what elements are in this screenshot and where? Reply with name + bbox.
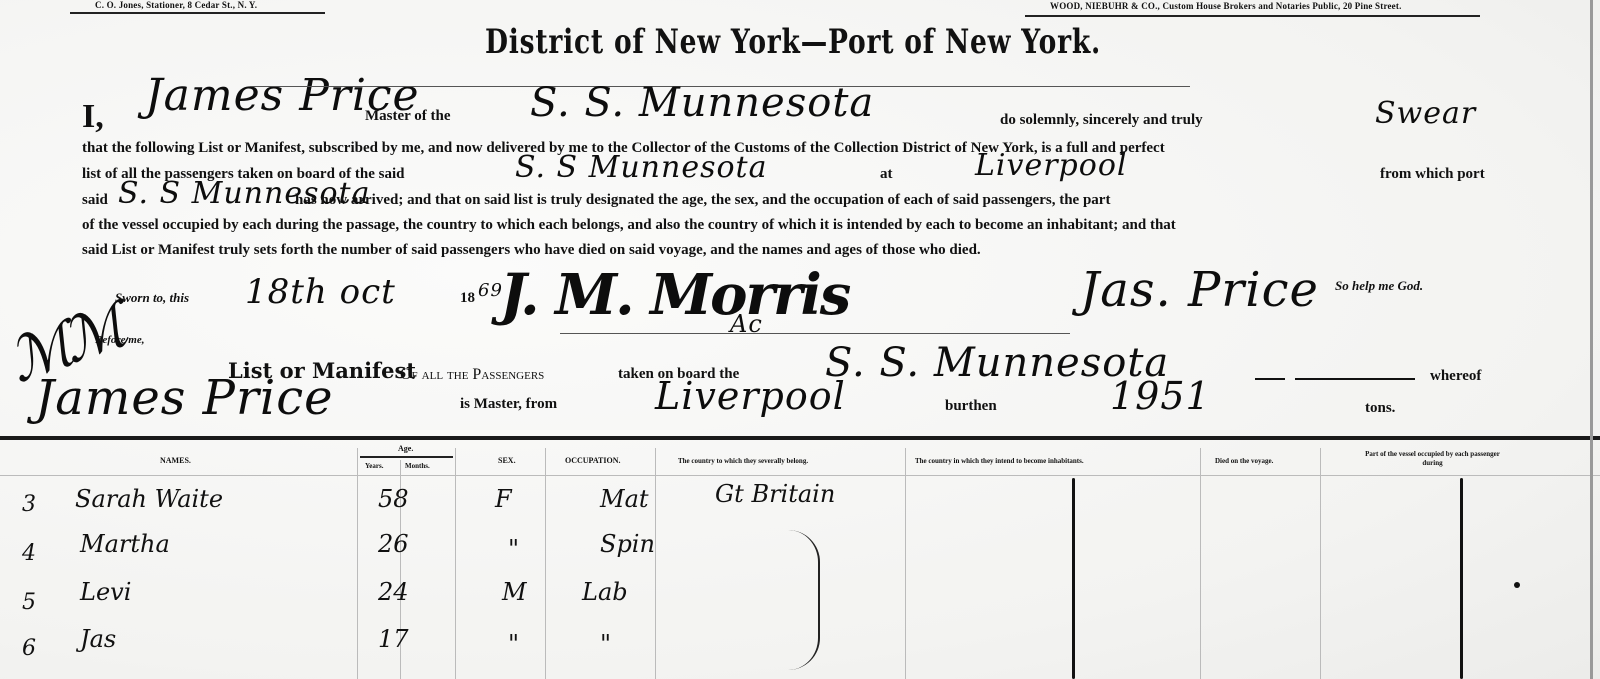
oath-line-4b: has now arrived; and that on said list i… [295,192,1110,209]
oath-line-6: said List or Manifest truly sets forth t… [82,242,981,259]
col-divider [455,448,456,679]
passenger-name: Levi [80,578,131,606]
left-imprint-rule [70,12,325,14]
col-divider [905,448,906,679]
page-edge [1590,0,1593,679]
from-which-port-label: from which port [1380,166,1485,183]
col-age: Age. [398,444,413,453]
passenger-occupation: Mat [600,485,649,513]
col-divider [545,448,546,679]
passenger-age: 24 [378,578,409,606]
of-all-passengers: Of all the Passengers [400,366,544,384]
col-names: NAMES. [160,456,191,465]
oath-line-4a: said [82,192,108,209]
is-master-from-label: is Master, from [460,396,557,413]
burthen-label: burthen [945,398,997,415]
table-top-rule [0,436,1600,440]
at-label: at [880,166,893,183]
passenger-age: 17 [378,625,409,653]
passenger-sex: M [502,578,527,606]
row-number: 4 [22,541,36,566]
col-sex: SEX. [498,456,516,465]
oath-line-5: of the vessel occupied by each during th… [82,217,1176,234]
row-number: 3 [22,492,36,517]
ink-stroke [1460,478,1463,679]
passenger-occupation: Spin [600,530,655,558]
header-bottom-rule [0,475,1600,476]
col-country-intend: The country in which they intend to beco… [915,457,1084,465]
manifest-master-handwritten: James Price [35,370,334,426]
left-imprint: C. O. Jones, Stationer, 8 Cedar St., N. … [95,0,257,10]
col-part-vessel: Part of the vessel occupied by each pass… [1365,450,1500,468]
ink-dot [1514,582,1520,588]
do-solemnly-label: do solemnly, sincerely and truly [1000,112,1203,129]
year-prefix: 18 [460,290,475,307]
col-divider [1320,448,1321,679]
col-divider [655,448,656,679]
whereof-label: whereof [1430,368,1481,385]
so-help-me-god: So help me God. [1335,278,1423,294]
passenger-name: Martha [80,530,170,558]
col-years: Years. [365,462,383,470]
passenger-occupation: " [600,630,611,658]
passenger-sex: " [508,535,519,563]
col-occupation: OCCUPATION. [565,456,620,465]
right-imprint-rule [1025,15,1480,17]
ship-name-handwritten-2: S. S Munnesota [515,150,767,185]
master-signature: Jas. Price [1080,262,1319,318]
clerk-signature: J. M. Morris [500,262,849,328]
dash-2 [1295,378,1415,380]
sworn-date-handwritten: 18th oct [245,272,396,312]
port-handwritten: Liverpool [975,148,1127,183]
col-divider [357,448,358,679]
right-imprint: WOOD, NIEBUHR & CO., Custom House Broker… [1050,1,1402,11]
burthen-value-handwritten: 1951 [1110,374,1211,418]
oath-prefix: I, [82,98,104,136]
passenger-occupation: Lab [582,578,628,606]
col-months: Months. [405,462,430,470]
ink-stroke [1072,478,1075,679]
row-number: 5 [22,590,36,615]
swear-handwritten: Swear [1375,96,1476,131]
page-title: District of New York—Port of New York. [485,22,1101,62]
sworn-label: Sworn to, this [115,290,189,306]
passenger-sex: F [495,485,512,513]
row-number: 6 [22,636,36,661]
passenger-country: Gt Britain [715,480,835,508]
passenger-sex: " [508,630,519,658]
passenger-name: Sarah Waite [75,485,223,513]
manifest-document: C. O. Jones, Stationer, 8 Cedar St., N. … [0,0,1600,679]
age-rule [360,456,453,458]
master-of-label: Master of the [365,108,451,125]
manifest-port-handwritten: Liverpool [655,374,846,418]
passenger-age: 26 [378,530,409,558]
passenger-age: 58 [378,485,409,513]
tons-label: tons. [1365,400,1395,417]
signature-rule [560,333,1070,334]
dash-1 [1255,378,1285,380]
ship-name-handwritten: S. S. Munnesota [530,80,874,126]
col-died: Died on the voyage. [1215,457,1273,465]
col-country-belong: The country to which they severally belo… [678,457,808,465]
col-divider [1200,448,1201,679]
ditto-bracket-icon [788,530,820,670]
passenger-name: Jas [80,625,116,653]
